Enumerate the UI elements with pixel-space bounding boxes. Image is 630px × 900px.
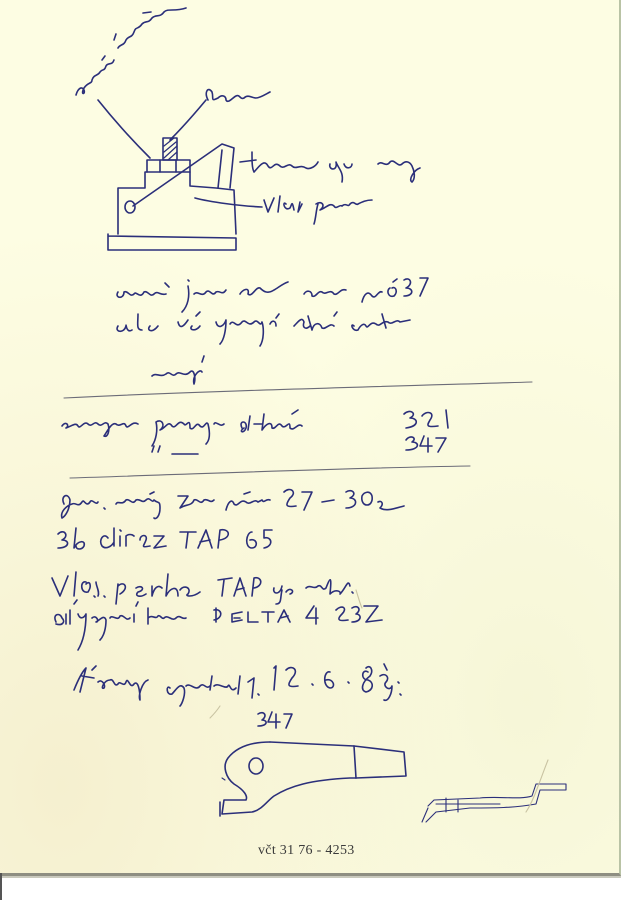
sketch-label-top: Čore xyxy=(205,84,251,104)
part-sketch-bottom xyxy=(220,742,406,816)
leader-line-2 xyxy=(170,100,206,140)
leader-line-1 xyxy=(98,100,150,158)
part-sketch-bottom-side-view xyxy=(422,784,566,822)
card-shadow-edge xyxy=(0,873,2,900)
section2-number: 341 xyxy=(404,436,442,456)
sketch-label-diagonal: seřizovací šroub xyxy=(70,20,232,40)
printed-form-code: včt 31 76 - 4253 xyxy=(258,843,355,859)
handwriting-layer xyxy=(0,0,630,873)
sketch-label-right-1: dopruž. op. mág xyxy=(240,154,404,174)
section3-line-2: 3 b drobné TAP 65 xyxy=(56,530,239,550)
horizontal-rule-1 xyxy=(64,382,532,398)
para1-line-3: seří xyxy=(150,362,187,382)
section2-ditto: " — xyxy=(150,440,186,460)
sketch-label-right-2: vlasi pero xyxy=(262,196,359,216)
part-sketch-top xyxy=(108,138,236,250)
section3-line-3: Vlas. perka TAP op. rebř. xyxy=(52,576,296,596)
section3-line-4: otiky ojnoční bma DELTA 4 23 Z xyxy=(54,608,370,628)
section2-line-1: zarážka pedálu štítek 321 xyxy=(60,410,318,430)
section3-line-1: gum. nosný řemen přes 27 - 30 z xyxy=(60,492,392,512)
section2-line2-handwriting xyxy=(152,436,446,454)
sketch-bottom-label: 341 xyxy=(256,712,294,732)
section3-line-5: Ručičky dopsal 1. 12.6.89. xyxy=(74,670,337,690)
horizontal-rule-2 xyxy=(70,466,470,478)
para1-line-2: ale ve ytnegni steré csvsbr xyxy=(116,314,387,334)
para1-line-1: osové jsou ohnuté ovrb po Č 31 xyxy=(116,280,434,300)
